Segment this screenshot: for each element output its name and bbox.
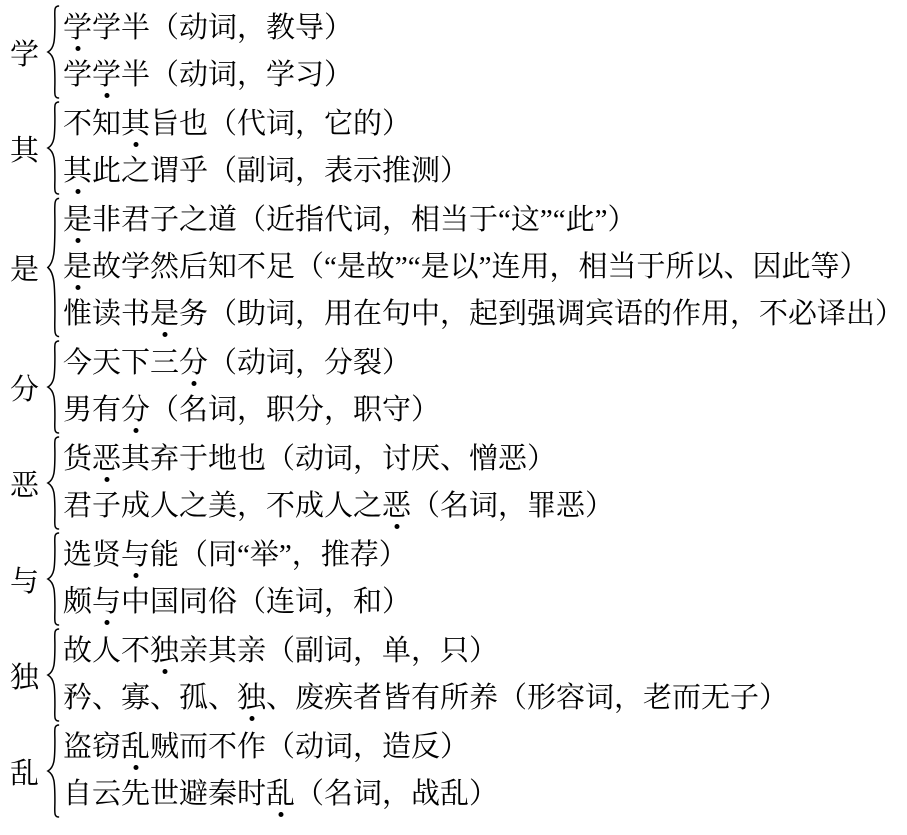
word-group: 是 是非君子之道（近指代词，相当于“这”“此”） 是故学然后知不足（“是故”“是… [6, 197, 907, 338]
sentence-after-keyword: 旨也（代词，它的） [150, 108, 411, 140]
definition-line: 学学半（动词，学习） [63, 52, 353, 99]
definition-line: 男有分（名词，职分，职守） [63, 387, 440, 434]
sentence-after-keyword: 故学然后知不足（“是故”“是以”连用，相当于所以、因此等） [92, 251, 869, 283]
sentence-before-keyword: 君子成人之美，不成人之 [63, 490, 382, 522]
definition-lines: 货恶其弃于地也（动词，讨厌、憎恶） 君子成人之美，不成人之恶（名词，罪恶） [61, 436, 614, 530]
emphasized-keyword: 与 [92, 588, 121, 617]
definition-lines: 选贤与能（同“举”，推荐） 颇与中国同俗（连词，和） [61, 532, 411, 626]
definition-line: 盗窃乱贼而不作（动词，造反） [63, 724, 498, 771]
emphasized-keyword: 是 [63, 253, 92, 282]
sentence-after-keyword: 亲其亲（副词，单，只） [179, 635, 498, 667]
definition-lines: 不知其旨也（代词，它的） 其此之谓乎（副词，表示推测） [61, 101, 469, 195]
sentence-before-keyword: 不知 [63, 108, 121, 140]
emphasized-keyword: 其 [63, 157, 92, 186]
headword: 独 [6, 628, 46, 722]
definition-line: 颇与中国同俗（连词，和） [63, 579, 411, 626]
definition-line: 其此之谓乎（副词，表示推测） [63, 148, 469, 195]
word-group: 乱 盗窃乱贼而不作（动词，造反） 自云先世避秦时乱（名词，战乱） [6, 724, 907, 818]
definition-lines: 是非君子之道（近指代词，相当于“这”“此”） 是故学然后知不足（“是故”“是以”… [61, 197, 904, 338]
headword: 分 [6, 340, 46, 434]
definition-line: 故人不独亲其亲（副词，单，只） [63, 628, 788, 675]
emphasized-keyword: 独 [150, 637, 179, 666]
emphasized-keyword: 是 [63, 206, 92, 235]
emphasized-keyword: 乱 [266, 780, 295, 809]
sentence-before-keyword: 矜、寡、孤、 [63, 682, 237, 714]
word-group: 学 学学半（动词，教导） 学学半（动词，学习） [6, 5, 907, 99]
definition-line: 选贤与能（同“举”，推荐） [63, 532, 411, 579]
definition-line: 矜、寡、孤、独、废疾者皆有所养（形容词，老而无子） [63, 675, 788, 722]
sentence-after-keyword: （名词，战乱） [295, 778, 498, 810]
sentence-after-keyword: （名词，罪恶） [411, 490, 614, 522]
definition-line: 学学半（动词，教导） [63, 5, 353, 52]
word-group: 独 故人不独亲其亲（副词，单，只） 矜、寡、孤、独、废疾者皆有所养（形容词，老而… [6, 628, 907, 722]
sentence-after-keyword: 非君子之道（近指代词，相当于“这”“此”） [92, 204, 637, 236]
sentence-after-keyword: 其弃于地也（动词，讨厌、憎恶） [121, 443, 556, 475]
word-group: 其 不知其旨也（代词，它的） 其此之谓乎（副词，表示推测） [6, 101, 907, 195]
sentence-before-keyword: 货 [63, 443, 92, 475]
definition-line: 今天下三分（动词，分裂） [63, 340, 440, 387]
left-brace-icon [46, 340, 61, 434]
headword: 学 [6, 5, 46, 99]
emphasized-keyword: 学 [92, 61, 121, 90]
sentence-after-keyword: 半（动词，学习） [121, 59, 353, 91]
sentence-after-keyword: 此之谓乎（副词，表示推测） [92, 155, 469, 187]
sentence-before-keyword: 故人不 [63, 635, 150, 667]
headword: 其 [6, 101, 46, 195]
emphasized-keyword: 分 [179, 349, 208, 378]
definition-lines: 今天下三分（动词，分裂） 男有分（名词，职分，职守） [61, 340, 440, 434]
word-group: 恶 货恶其弃于地也（动词，讨厌、憎恶） 君子成人之美，不成人之恶（名词，罪恶） [6, 436, 907, 530]
sentence-after-keyword: （动词，分裂） [208, 347, 411, 379]
emphasized-keyword: 独 [237, 684, 266, 713]
sentence-before-keyword: 颇 [63, 586, 92, 618]
left-brace-icon [46, 532, 61, 626]
definition-line: 不知其旨也（代词，它的） [63, 101, 469, 148]
left-brace-icon [46, 101, 61, 195]
left-brace-icon [46, 724, 61, 818]
sentence-before-keyword: 学 [63, 59, 92, 91]
sentence-before-keyword: 盗窃 [63, 731, 121, 763]
definition-line: 自云先世避秦时乱（名词，战乱） [63, 771, 498, 818]
emphasized-keyword: 乱 [121, 733, 150, 762]
definition-lines: 盗窃乱贼而不作（动词，造反） 自云先世避秦时乱（名词，战乱） [61, 724, 498, 818]
word-group: 分 今天下三分（动词，分裂） 男有分（名词，职分，职守） [6, 340, 907, 434]
definition-lines: 学学半（动词，教导） 学学半（动词，学习） [61, 5, 353, 99]
sentence-after-keyword: 贼而不作（动词，造反） [150, 731, 469, 763]
sentence-after-keyword: 务（助词，用在句中，起到强调宾语的作用，不必译出） [179, 298, 904, 330]
sentence-after-keyword: （名词，职分，职守） [150, 394, 440, 426]
sentence-after-keyword: 学半（动词，教导） [92, 12, 353, 44]
headword: 是 [6, 197, 46, 338]
emphasized-keyword: 恶 [382, 492, 411, 521]
left-brace-icon [46, 197, 61, 338]
definition-line: 货恶其弃于地也（动词，讨厌、憎恶） [63, 436, 614, 483]
sentence-after-keyword: 能（同“举”，推荐） [150, 539, 408, 571]
definition-line: 是非君子之道（近指代词，相当于“这”“此”） [63, 197, 904, 244]
sentence-after-keyword: 、废疾者皆有所养（形容词，老而无子） [266, 682, 788, 714]
emphasized-keyword: 分 [121, 396, 150, 425]
left-brace-icon [46, 628, 61, 722]
headword: 乱 [6, 724, 46, 818]
left-brace-icon [46, 5, 61, 99]
headword: 恶 [6, 436, 46, 530]
sentence-before-keyword: 今天下三 [63, 347, 179, 379]
definition-lines: 故人不独亲其亲（副词，单，只） 矜、寡、孤、独、废疾者皆有所养（形容词，老而无子… [61, 628, 788, 722]
definition-line: 惟读书是务（助词，用在句中，起到强调宾语的作用，不必译出） [63, 291, 904, 338]
document-page: 学 学学半（动词，教导） 学学半（动词，学习） 其 不知其旨也（代词，它的） 其… [0, 0, 907, 835]
sentence-before-keyword: 自云先世避秦时 [63, 778, 266, 810]
sentence-before-keyword: 选贤 [63, 539, 121, 571]
left-brace-icon [46, 436, 61, 530]
emphasized-keyword: 其 [121, 110, 150, 139]
word-group: 与 选贤与能（同“举”，推荐） 颇与中国同俗（连词，和） [6, 532, 907, 626]
sentence-before-keyword: 惟读书 [63, 298, 150, 330]
emphasized-keyword: 学 [63, 14, 92, 43]
sentence-after-keyword: 中国同俗（连词，和） [121, 586, 411, 618]
emphasized-keyword: 是 [150, 300, 179, 329]
headword: 与 [6, 532, 46, 626]
definition-line: 君子成人之美，不成人之恶（名词，罪恶） [63, 483, 614, 530]
definition-line: 是故学然后知不足（“是故”“是以”连用，相当于所以、因此等） [63, 244, 904, 291]
emphasized-keyword: 与 [121, 541, 150, 570]
sentence-before-keyword: 男有 [63, 394, 121, 426]
emphasized-keyword: 恶 [92, 445, 121, 474]
